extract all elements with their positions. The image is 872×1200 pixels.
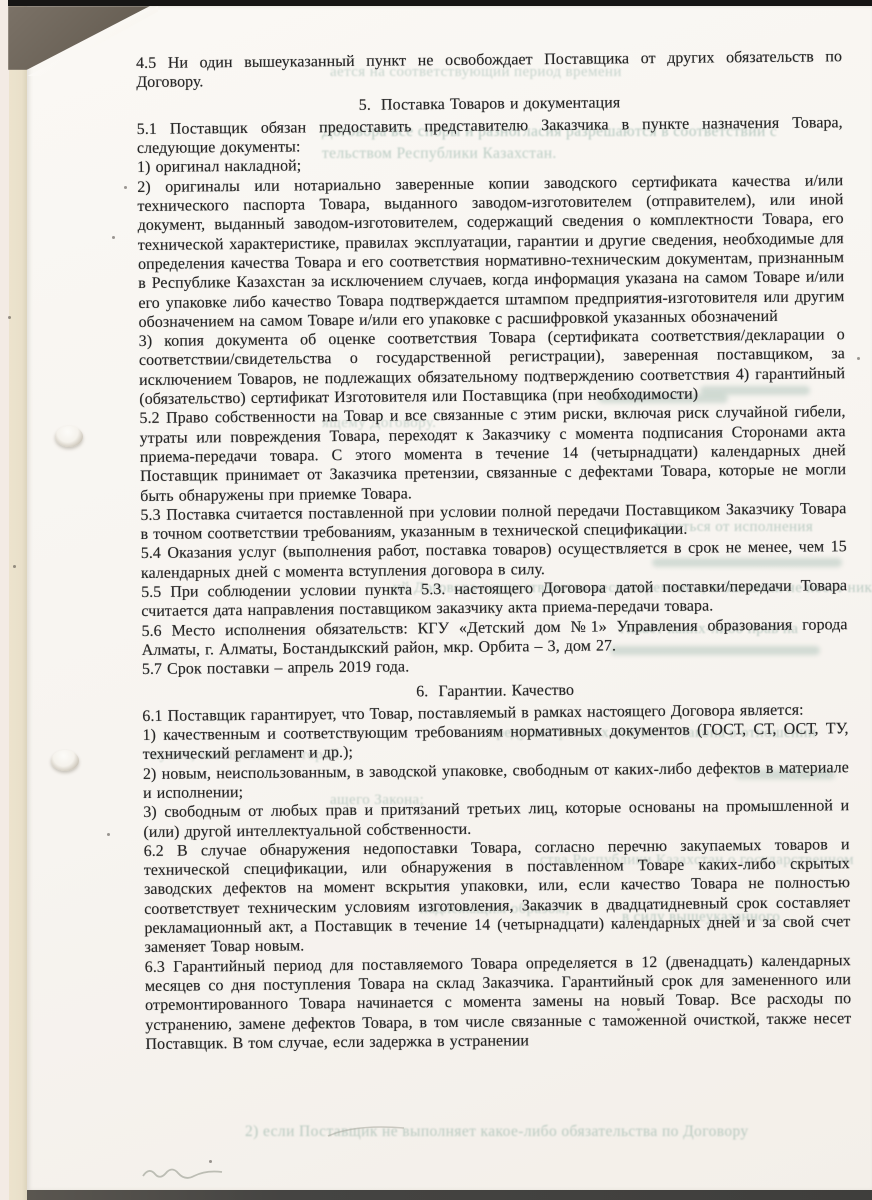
scan-bottom-edge bbox=[27, 1190, 872, 1200]
contract-paragraph: 1) качественным и соответствующим требов… bbox=[142, 719, 848, 764]
pencil-scribble bbox=[140, 1162, 240, 1186]
dust-speck bbox=[857, 357, 860, 360]
dust-speck bbox=[637, 1008, 640, 1011]
hole-punch-bump bbox=[51, 750, 79, 771]
contract-paragraph: 5.1 Поставщик обязан предоставить предст… bbox=[137, 113, 843, 158]
scanned-document-page: ается на соответствующий период времениД… bbox=[0, 0, 872, 1200]
contract-paragraph: 5.4 Оказания услуг (выполнения работ, по… bbox=[141, 538, 847, 583]
contract-paragraph: 5.5 При соблюдении условии пункта 5.3. н… bbox=[141, 576, 847, 621]
contract-paragraph: 6.2 В случае обнаружения недопоставки То… bbox=[144, 835, 851, 958]
contract-paragraph: 2) оригиналы или нотариально заверенные … bbox=[137, 171, 844, 332]
dust-speck bbox=[8, 316, 11, 319]
section-heading: 6. Гарантии. Качество bbox=[142, 678, 848, 704]
contract-paragraph: 5.2 Право собственности на Товар и все с… bbox=[139, 403, 846, 506]
contract-paragraph: 5.3 Поставка считается поставленной при … bbox=[140, 499, 846, 544]
contract-paragraph: 6.3 Гарантийный период для поставляемого… bbox=[145, 951, 852, 1054]
dust-speck bbox=[107, 833, 110, 836]
scan-top-edge bbox=[8, 0, 872, 6]
pencil-mark bbox=[326, 1120, 406, 1142]
contract-paragraph: 3) копия документа об оценке соответстви… bbox=[139, 325, 846, 409]
contract-paragraph: 2) новым, неиспользованным, в заводской … bbox=[143, 758, 849, 803]
scanner-edge-left bbox=[0, 0, 9, 1200]
dust-speck bbox=[13, 565, 16, 568]
hole-punch-bump bbox=[55, 426, 83, 447]
page-content: 4.5 Ни один вышеуказанный пункт не освоб… bbox=[136, 47, 852, 1054]
dust-speck bbox=[112, 236, 115, 239]
contract-paragraph: 4.5 Ни один вышеуказанный пункт не освоб… bbox=[136, 47, 842, 92]
scanner-strip bbox=[9, 0, 27, 1200]
contract-paragraph: 3) свободным от любых прав и притязаний … bbox=[143, 796, 849, 841]
dust-speck bbox=[124, 186, 127, 189]
contract-paragraph: 5.6 Место исполнения обязательств: КГУ «… bbox=[141, 615, 847, 660]
section-heading: 5. Поставка Товаров и документация bbox=[136, 91, 842, 117]
